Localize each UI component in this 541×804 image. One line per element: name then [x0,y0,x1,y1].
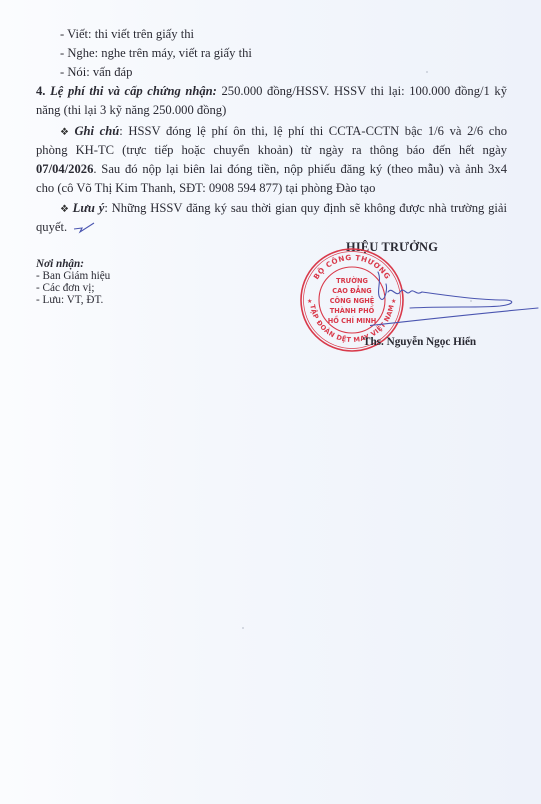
stamp-inner-line: THÀNH PHỐ [330,305,375,315]
document-page: - Viết: thi viết trên giấy thi - Nghe: n… [0,0,541,804]
svg-text:★: ★ [307,298,312,305]
signer-name: Ths. Nguyễn Ngọc Hiển [363,336,476,348]
fees-text: 250.000 đồng/HSSV. HSSV thi lại: 100.000… [217,84,507,98]
exam-format-listening: - Nghe: nghe trên máy, viết ra giấy thi [60,46,252,61]
deadline-date: 07/04/2026 [36,162,93,176]
note-line-4: cho (cô Võ Thị Kim Thanh, SĐT: 0908 594 … [36,181,507,196]
recipients-title: Nơi nhận: [36,258,84,270]
fees-heading: Lệ phí thi và cấp chứng nhận: [50,84,217,98]
note-line-3: 07/04/2026. Sau đó nộp lại biên lai đóng… [36,162,507,177]
fees-line-2: năng (thi lại 3 kỹ năng 250.000 đồng) [36,103,507,118]
note-text-3: . Sau đó nộp lại biên lai đóng tiền, nộp… [93,162,507,176]
handwritten-signature [370,270,540,340]
stamp-inner-line: CAO ĐẲNG [332,285,371,295]
note-text: : HSSV đóng lệ phí ôn thi, lệ phí thi CC… [119,124,507,138]
recipient-item: - Lưu: VT, ĐT. [36,294,103,306]
exam-format-speaking: - Nói: vấn đáp [60,65,132,80]
recipient-item: - Ban Giám hiệu [36,270,110,282]
note-label: Ghi chú [74,124,119,138]
stamp-inner-line: HỒ CHÍ MINH [328,315,377,325]
scan-speck [426,71,428,73]
stamp-inner-line: CÔNG NGHỆ [330,296,375,305]
section-number: 4. [36,84,45,98]
fees-line-1: 4. Lệ phí thi và cấp chứng nhận: 250.000… [36,84,507,99]
note-line-2: phòng KH-TC (trực tiếp hoặc chuyển khoản… [36,143,507,158]
note-line-1: ❖Ghi chú: HSSV đóng lệ phí ôn thi, lệ ph… [60,124,507,140]
caution-label: Lưu ý [73,201,105,215]
pen-tick-mark-icon [73,222,95,234]
caution-line-2: quyết. [36,220,507,235]
scan-speck [470,300,472,302]
diamond-bullet-icon: ❖ [60,204,70,215]
stamp-inner-line: TRƯỜNG [336,276,368,285]
caution-line-1: ❖Lưu ý: Những HSSV đăng ký sau thời gian… [60,201,507,217]
diamond-bullet-icon: ❖ [60,127,71,138]
recipient-item: - Các đơn vị; [36,282,94,294]
scan-speck [242,627,244,629]
caution-text: : Những HSSV đăng ký sau thời gian quy đ… [104,201,507,215]
exam-format-writing: - Viết: thi viết trên giấy thi [60,27,194,42]
